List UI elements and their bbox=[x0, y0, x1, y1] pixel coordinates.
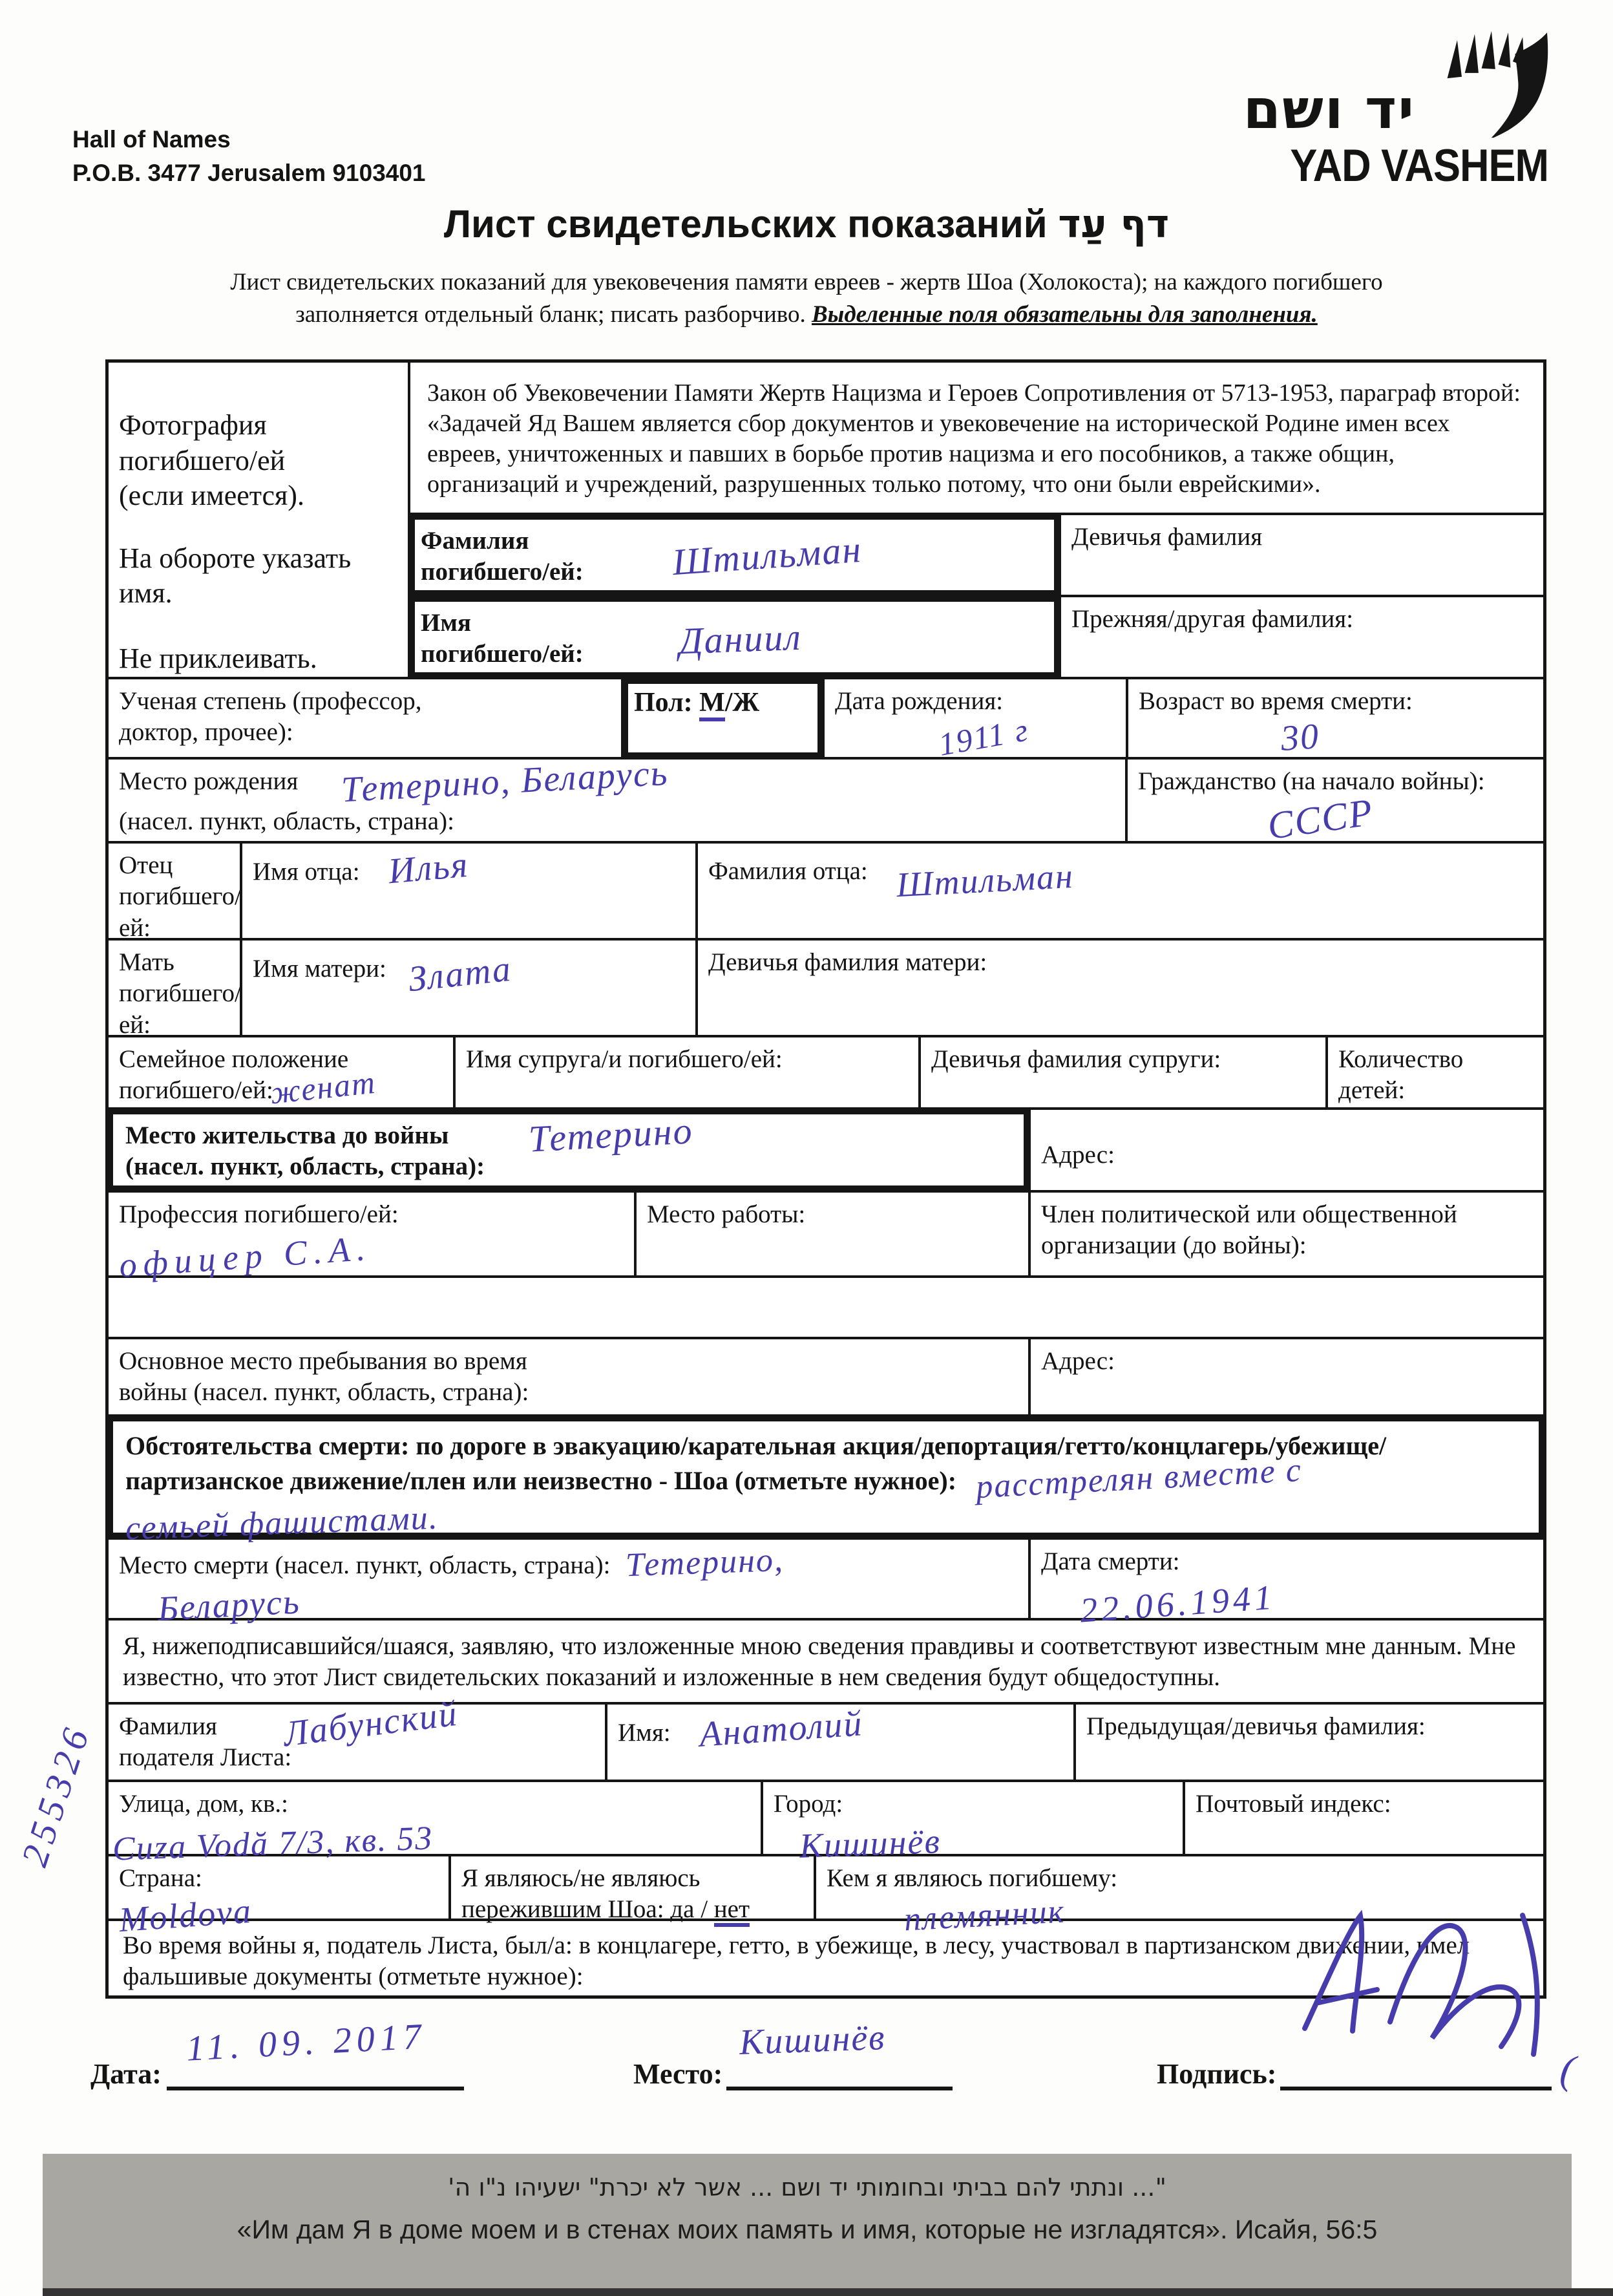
field-profession-label: Профессия погибшего/ей: bbox=[119, 1200, 399, 1228]
field-political-org: Член политической или общественной орган… bbox=[1031, 1193, 1543, 1275]
field-address-prewar-label: Адрес: bbox=[1041, 1140, 1115, 1171]
page-title-hebrew: דף עַד bbox=[1058, 202, 1169, 247]
photo-line: Фотография bbox=[119, 408, 397, 443]
field-victim-firstname-value: Даниил bbox=[679, 619, 803, 673]
field-country-label: Страна: bbox=[119, 1864, 202, 1892]
date-value: 11. 09. 2017 bbox=[185, 2018, 427, 2067]
empty-row bbox=[109, 1278, 1543, 1337]
yad-vashem-logo: יד ושם YAD VASHEM bbox=[1189, 31, 1551, 186]
field-victim-surname-value: Штильман bbox=[671, 531, 865, 595]
field-submitter-surname: Фамилия подателя Листа: Лабунский bbox=[109, 1705, 607, 1780]
field-marital-status: Семейное положение погибшего/ей: женат bbox=[109, 1037, 456, 1107]
field-sex-marked-value: М bbox=[699, 688, 725, 721]
field-submitter-name: Имя: Анатолий bbox=[607, 1705, 1076, 1780]
field-birth-place: Место рождения (насел. пункт, область, с… bbox=[109, 760, 1128, 841]
field-spouse-name: Имя супруга/и погибшего/ей: bbox=[456, 1037, 921, 1107]
field-death-place-value1: Тетерино, bbox=[626, 1544, 785, 1583]
field-birth-date-value: 1911 г bbox=[936, 714, 1031, 761]
place-line: Кишинёв bbox=[726, 2041, 953, 2090]
field-death-place: Место смерти (насел. пункт, область, стр… bbox=[109, 1540, 1031, 1618]
intro-mandatory-note: Выделенные поля обязательны для заполнен… bbox=[812, 301, 1318, 328]
date-label: Дата: bbox=[90, 2057, 162, 2090]
intro-line2: заполняется отдельный бланк; писать разб… bbox=[0, 299, 1613, 331]
field-country-value: Moldova bbox=[118, 1893, 253, 1937]
photo-line: (если имеется). bbox=[119, 478, 397, 514]
intro-line1: Лист свидетельских показаний для увекове… bbox=[0, 266, 1613, 299]
field-profession: Профессия погибшего/ей: офицер С.А. bbox=[109, 1193, 637, 1275]
organization-address: P.O.B. 3477 Jerusalem 9103401 bbox=[72, 156, 426, 190]
field-workplace: Место работы: bbox=[637, 1193, 1031, 1275]
signature-strip: Дата: 11. 09. 2017 Место: Кишинёв Подпис… bbox=[0, 2041, 1613, 2119]
testimony-form: Фотография погибшего/ей (если имеется). … bbox=[105, 359, 1546, 1999]
field-mother-name: Имя матери: Злата bbox=[242, 941, 698, 1035]
field-father: Отец погибшего/ей: bbox=[109, 844, 242, 938]
photo-instructions-cell: Фотография погибшего/ей (если имеется). … bbox=[109, 363, 410, 677]
signature-label: Подпись: bbox=[1157, 2057, 1276, 2090]
field-degree: Ученая степень (профессор, доктор, проче… bbox=[109, 679, 624, 757]
field-children-count-label: Количество детей: bbox=[1338, 1044, 1533, 1107]
field-degree-label: Ученая степень (профессор, доктор, проче… bbox=[119, 686, 611, 749]
field-street-label: Улица, дом, кв.: bbox=[119, 1790, 288, 1818]
field-sex-label: Пол: bbox=[634, 688, 693, 717]
field-prewar-residence-value: Тетерино bbox=[528, 1112, 694, 1158]
field-father-surname-value: Штильман bbox=[896, 858, 1075, 902]
field-children-count: Количество детей: bbox=[1328, 1037, 1543, 1107]
field-father-name: Имя отца: Илья bbox=[242, 844, 698, 938]
field-death-circumstances: Обстоятельства смерти: по дороге в эваку… bbox=[109, 1417, 1543, 1537]
place-label: Место: bbox=[633, 2057, 722, 2090]
field-citizenship-value: СССР bbox=[1265, 792, 1376, 845]
field-spouse-maiden-label: Девичья фамилия супруги: bbox=[931, 1045, 1221, 1073]
field-spouse-name-label: Имя супруга/и погибшего/ей: bbox=[466, 1045, 783, 1073]
field-father-label: Отец погибшего/ей: bbox=[119, 850, 229, 944]
photo-line: На обороте указать имя. bbox=[119, 541, 397, 611]
field-submitter-name-value: Анатолий bbox=[698, 1705, 864, 1753]
logo-hebrew-text: יד ושם bbox=[1243, 78, 1415, 141]
field-city-label: Город: bbox=[774, 1790, 843, 1818]
law-text: Закон об Увековечении Памяти Жертв Нациз… bbox=[410, 363, 1543, 515]
field-maiden-name: Девичья фамилия bbox=[1061, 515, 1543, 595]
field-survivor-status: Я являюсь/не являюсь пережившим Шоа: да … bbox=[451, 1856, 816, 1919]
organization-block: Hall of Names P.O.B. 3477 Jerusalem 9103… bbox=[72, 123, 426, 190]
field-submitter-name-label: Имя: bbox=[618, 1719, 671, 1747]
page-title-ru: Лист свидетельских показаний bbox=[444, 202, 1048, 246]
field-mother-maiden-label: Девичья фамилия матери: bbox=[708, 948, 987, 976]
date-line: 11. 09. 2017 bbox=[167, 2041, 464, 2090]
signature-line bbox=[1280, 2041, 1552, 2090]
field-victim-surname-label: Фамилия bbox=[421, 526, 634, 557]
footer-russian-quote: «Им дам Я в доме моем и в стенах моих па… bbox=[43, 2215, 1572, 2245]
field-death-age-value: 30 bbox=[1280, 718, 1321, 757]
field-death-age: Возраст во время смерти: 30 bbox=[1128, 679, 1543, 757]
field-father-surname-label: Фамилия отца: bbox=[708, 857, 868, 885]
photo-line: погибшего/ей bbox=[119, 443, 397, 479]
field-former-surname: Прежняя/другая фамилия: bbox=[1061, 597, 1543, 677]
field-workplace-label: Место работы: bbox=[647, 1200, 805, 1228]
field-death-date-label: Дата смерти: bbox=[1041, 1547, 1180, 1575]
field-address-wartime-label: Адрес: bbox=[1041, 1347, 1115, 1375]
field-postal-code: Почтовый индекс: bbox=[1185, 1782, 1543, 1854]
field-father-name-label: Имя отца: bbox=[253, 858, 360, 886]
menorah-flame-icon bbox=[1441, 31, 1551, 141]
field-relation-to-victim-label: Кем я являюсь погибшему: bbox=[827, 1864, 1117, 1892]
field-address-wartime: Адрес: bbox=[1031, 1339, 1543, 1414]
field-political-org-label: Член политической или общественной орган… bbox=[1041, 1199, 1533, 1262]
field-mother: Мать погибшего/ей: bbox=[109, 941, 242, 1035]
field-citizenship-label: Гражданство (на начало войны): bbox=[1138, 767, 1485, 795]
margin-archive-number: 255326 bbox=[16, 1719, 97, 1871]
field-former-surname-label: Прежняя/другая фамилия: bbox=[1071, 605, 1353, 633]
field-death-age-label: Возраст во время смерти: bbox=[1139, 687, 1413, 715]
field-victim-firstname-label: Имя bbox=[421, 608, 634, 639]
field-wartime-residence-label: Основное место пребывания во время войны… bbox=[119, 1346, 1018, 1408]
page-title: Лист свидетельских показаний דף עַד bbox=[0, 202, 1613, 247]
field-mother-name-value: Злата bbox=[406, 951, 513, 997]
field-city: Город: Кишинёв bbox=[763, 1782, 1185, 1854]
field-maiden-name-label: Девичья фамилия bbox=[1071, 523, 1262, 551]
scanned-testimony-page: Hall of Names P.O.B. 3477 Jerusalem 9103… bbox=[0, 0, 1613, 2296]
field-mother-name-label: Имя матери: bbox=[253, 955, 386, 983]
photo-line: Не приклеивать. bbox=[119, 641, 397, 677]
footer-hebrew-quote: "... ונתתי להם בביתי ובחומותי יד ושם ...… bbox=[43, 2173, 1572, 2202]
field-address-prewar: Адрес: bbox=[1031, 1110, 1543, 1190]
field-postal-code-label: Почтовый индекс: bbox=[1196, 1790, 1391, 1818]
field-submitter-former-name: Предыдущая/девичья фамилия: bbox=[1076, 1705, 1543, 1780]
scan-edge-strip bbox=[43, 2288, 1613, 2296]
organization-name: Hall of Names bbox=[72, 123, 426, 156]
logo-latin-text: YAD VASHEM bbox=[1290, 140, 1548, 192]
field-profession-value: офицер С.А. bbox=[118, 1231, 373, 1283]
field-prewar-residence: Место жительства до войны (насел. пункт,… bbox=[109, 1110, 1031, 1190]
field-spouse-maiden: Девичья фамилия супруги: bbox=[921, 1037, 1328, 1107]
field-death-place-value2: Беларусь bbox=[157, 1584, 301, 1626]
field-birth-date: Дата рождения: 1911 г bbox=[825, 679, 1128, 757]
field-street: Улица, дом, кв.: Cuza Vodă 7/3, кв. 53 bbox=[109, 1782, 763, 1854]
field-father-name-value: Илья bbox=[386, 847, 470, 890]
field-city-value: Кишинёв bbox=[799, 1824, 942, 1864]
field-submitter-former-name-label: Предыдущая/девичья фамилия: bbox=[1086, 1712, 1426, 1740]
field-survivor-status-label: Я являюсь/не являюсь пережившим Шоа: да … bbox=[461, 1863, 803, 1926]
field-victim-firstname: Имя погибшего/ей: Даниил bbox=[410, 597, 1061, 677]
field-mother-maiden: Девичья фамилия матери: bbox=[698, 941, 1543, 1035]
field-relation-to-victim-value: племянник bbox=[903, 1895, 1066, 1937]
declaration-text: Я, нижеподписавшийся/шаяся, заявляю, что… bbox=[109, 1621, 1543, 1702]
field-father-surname: Фамилия отца: Штильман bbox=[698, 844, 1543, 938]
field-birth-date-label: Дата рождения: bbox=[835, 687, 1003, 715]
signature-scribble bbox=[1293, 1893, 1571, 2068]
field-mother-label: Мать погибшего/ей: bbox=[119, 947, 229, 1041]
field-death-circumstances-value1: расстрелян вместе с bbox=[975, 1453, 1303, 1504]
place-value: Кишинёв bbox=[739, 2019, 886, 2061]
field-victim-surname: Фамилия погибшего/ей: Штильман bbox=[410, 515, 1061, 595]
field-wartime-residence: Основное место пребывания во время войны… bbox=[109, 1339, 1031, 1414]
footer-quote-bar: "... ונתתי להם בביתי ובחומותי יד ושם ...… bbox=[43, 2154, 1572, 2288]
field-death-date: Дата смерти: 22.06.1941 bbox=[1031, 1540, 1543, 1618]
field-citizenship: Гражданство (на начало войны): СССР bbox=[1128, 760, 1543, 841]
intro-paragraph: Лист свидетельских показаний для увекове… bbox=[0, 266, 1613, 331]
field-sex: Пол: М/Ж bbox=[624, 679, 825, 757]
field-death-place-label: Место смерти (насел. пункт, область, стр… bbox=[119, 1551, 610, 1579]
